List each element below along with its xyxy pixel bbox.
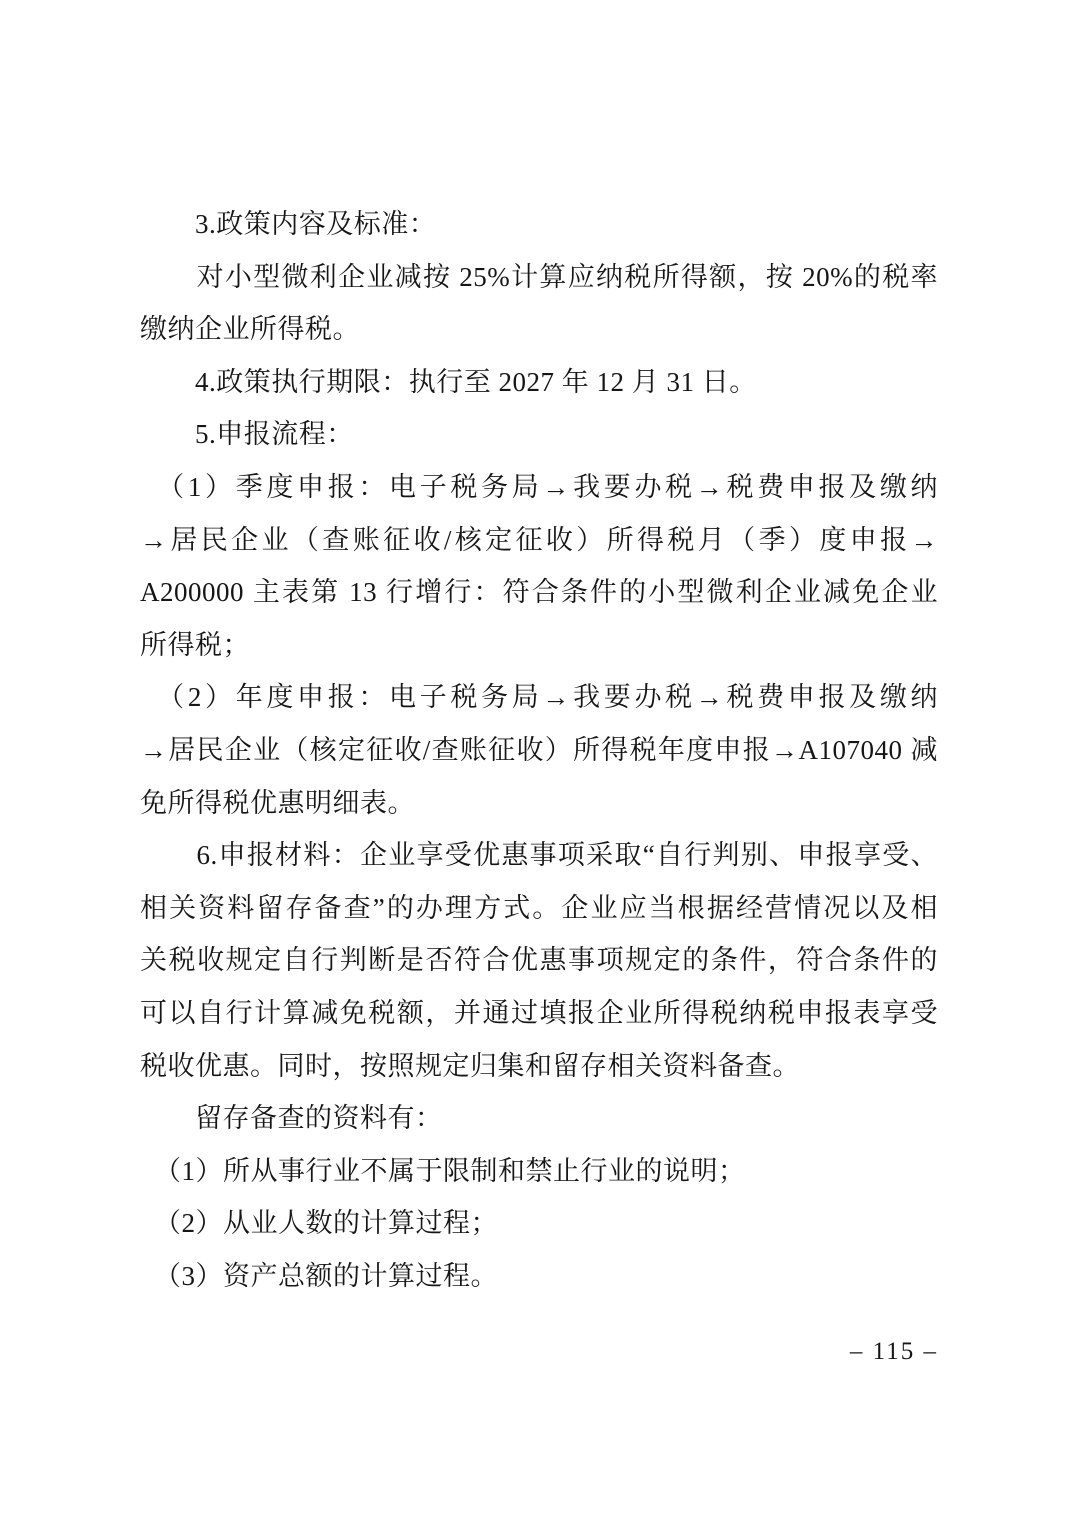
text-line: →居民企业（核定征收/查账征收）所得税年度申报→A107040 减	[140, 724, 938, 777]
text-line: （2）年度申报：电子税务局→我要办税→税费申报及缴纳	[140, 671, 938, 724]
text-line: 5.申报流程：	[140, 408, 938, 461]
text-line: 3.政策内容及标准：	[140, 198, 938, 251]
text-line: 6.申报材料：企业享受优惠事项采取“自行判别、申报享受、	[140, 829, 938, 882]
text-line: 所得税；	[140, 619, 938, 672]
text-line: （3）资产总额的计算过程。	[140, 1250, 938, 1303]
text-line: 4.政策执行期限：执行至 2027 年 12 月 31 日。	[140, 356, 938, 409]
text-line: （2）从业人数的计算过程；	[140, 1197, 938, 1250]
text-line: （1）季度申报：电子税务局→我要办税→税费申报及缴纳	[140, 461, 938, 514]
page-number: – 115 –	[140, 1338, 938, 1366]
text-line: （1）所从事行业不属于限制和禁止行业的说明；	[140, 1145, 938, 1198]
text-line: A200000 主表第 13 行增行：符合条件的小型微利企业减免企业	[140, 566, 938, 619]
text-line: 留存备查的资料有：	[140, 1092, 938, 1145]
text-line: 缴纳企业所得税。	[140, 303, 938, 356]
document-body: 3.政策内容及标准： 对小型微利企业减按 25%计算应纳税所得额，按 20%的税…	[140, 198, 938, 1302]
text-line: 税收优惠。同时，按照规定归集和留存相关资料备查。	[140, 1040, 938, 1093]
text-line: →居民企业（查账征收/核定征收）所得税月（季）度申报→	[140, 514, 938, 567]
text-line: 关税收规定自行判断是否符合优惠事项规定的条件，符合条件的	[140, 934, 938, 987]
text-line: 免所得税优惠明细表。	[140, 777, 938, 830]
text-line: 对小型微利企业减按 25%计算应纳税所得额，按 20%的税率	[140, 251, 938, 304]
text-line: 可以自行计算减免税额，并通过填报企业所得税纳税申报表享受	[140, 987, 938, 1040]
text-line: 相关资料留存备查”的办理方式。企业应当根据经营情况以及相	[140, 882, 938, 935]
document-page: 3.政策内容及标准： 对小型微利企业减按 25%计算应纳税所得额，按 20%的税…	[0, 0, 1074, 1520]
